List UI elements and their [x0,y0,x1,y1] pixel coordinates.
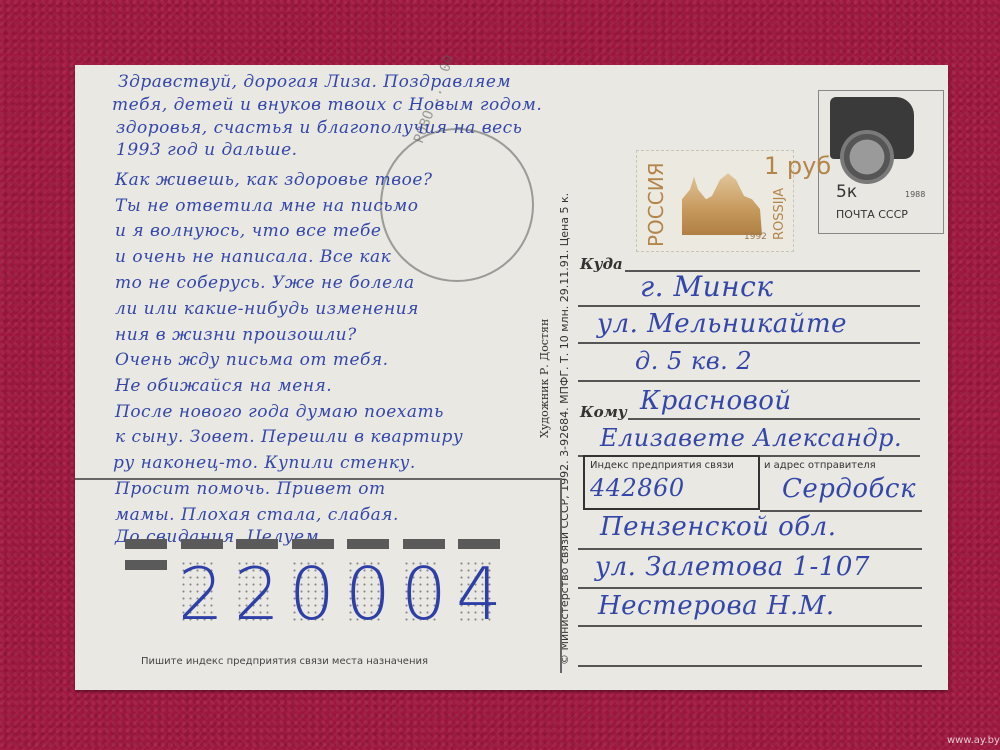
soviet-emblem-icon [840,130,894,184]
to-label: Куда [580,255,623,273]
sender-region: Пензенской обл. [600,512,836,542]
postal-code-digit: 2 [178,552,224,636]
sender-rule [578,587,922,589]
to-city: г. Минск [640,270,774,303]
postal-code-dash [236,539,278,549]
postal-code-digit: 0 [401,552,447,636]
sender-rule [578,625,922,627]
stamp-year: 1992 [744,232,767,242]
watermark: www.ay.by [947,735,1000,746]
postal-code-dash [125,539,167,549]
whom-surname: Красновой [640,386,792,416]
to-house: д. 5 кв. 2 [635,347,752,375]
stamp-value: 1 руб [764,152,831,180]
printed-stamp-year: 1988 [905,190,925,199]
sender-rule [578,548,922,550]
letter-line: Здравствуй, дорогая Лиза. Поздравляем [118,72,511,92]
whom-name: Елизавете Александр. [600,424,902,452]
address-rule [578,380,920,382]
postal-code-dash [181,539,223,549]
letter-line: ли или какие-нибудь изменения [115,299,419,319]
artist-credit: Художник Р. Достян [538,319,551,438]
letter-line: тебя, детей и внуков твоих с Новым годом… [112,95,542,115]
sender-street: ул. Залетова 1-107 [595,552,870,582]
letter-line: к сыну. Зовет. Перешли в квартиру [115,427,463,447]
stamp-country-ru: РОССИЯ [644,162,668,247]
letter-line: то не соберусь. Уже не болела [115,273,415,293]
letter-line: мамы. Плохая стала, слабая. [115,505,399,525]
postal-code-divider [75,478,561,480]
postal-code-digit: 4 [456,552,502,636]
letter-line: здоровья, счастья и благополучия на весь [116,118,522,138]
sender-index-label: Индекс предприятия связи [590,460,734,471]
address-rule [578,342,920,344]
letter-line: Не обижайся на меня. [115,376,332,396]
to-street: ул. Мельникайте [597,309,847,339]
postal-code-digit: 0 [345,552,391,636]
letter-line: Как живешь, как здоровье твое? [115,170,433,190]
postal-code-dash [347,539,389,549]
postal-code-dash [292,539,334,549]
letter-line: и очень не написала. Все как [115,247,391,267]
postal-code-sample-dash [125,560,167,570]
postal-code-caption: Пишите индекс предприятия связи места на… [141,656,428,667]
sender-index-value: 442860 [590,474,685,502]
postal-code-digit: 0 [289,552,335,636]
address-rule [628,418,920,420]
vertical-divider [560,478,562,673]
letter-line: После нового года думаю поехать [115,402,444,422]
address-rule [578,305,920,307]
sender-city: Сердобск [782,474,916,504]
whom-label: Кому [580,403,627,421]
postal-code-digit: 2 [234,552,280,636]
postal-code-dash [403,539,445,549]
printed-stamp-country: ПОЧТА СССР [836,208,908,221]
sender-name: Нестерова Н.М. [598,591,835,621]
postal-code-dash [458,539,500,549]
letter-line: Ты не ответила мне на письмо [115,196,419,216]
stamp-country-en: ROSSIJA [772,188,787,240]
letter-line: ния в жизни произошли? [115,325,357,345]
letter-line: Просит помочь. Привет от [115,479,386,499]
sender-address-label: и адрес отправителя [764,460,876,471]
letter-line: Очень жду письма от тебя. [115,350,389,370]
printed-stamp-value: 5к [836,182,857,202]
sender-rule [578,665,922,667]
letter-line: и я волнуюсь, что все тебе [115,221,381,241]
letter-line: ру наконец-то. Купили стенку. [113,453,416,473]
letter-line: 1993 год и дальше. [116,140,298,160]
